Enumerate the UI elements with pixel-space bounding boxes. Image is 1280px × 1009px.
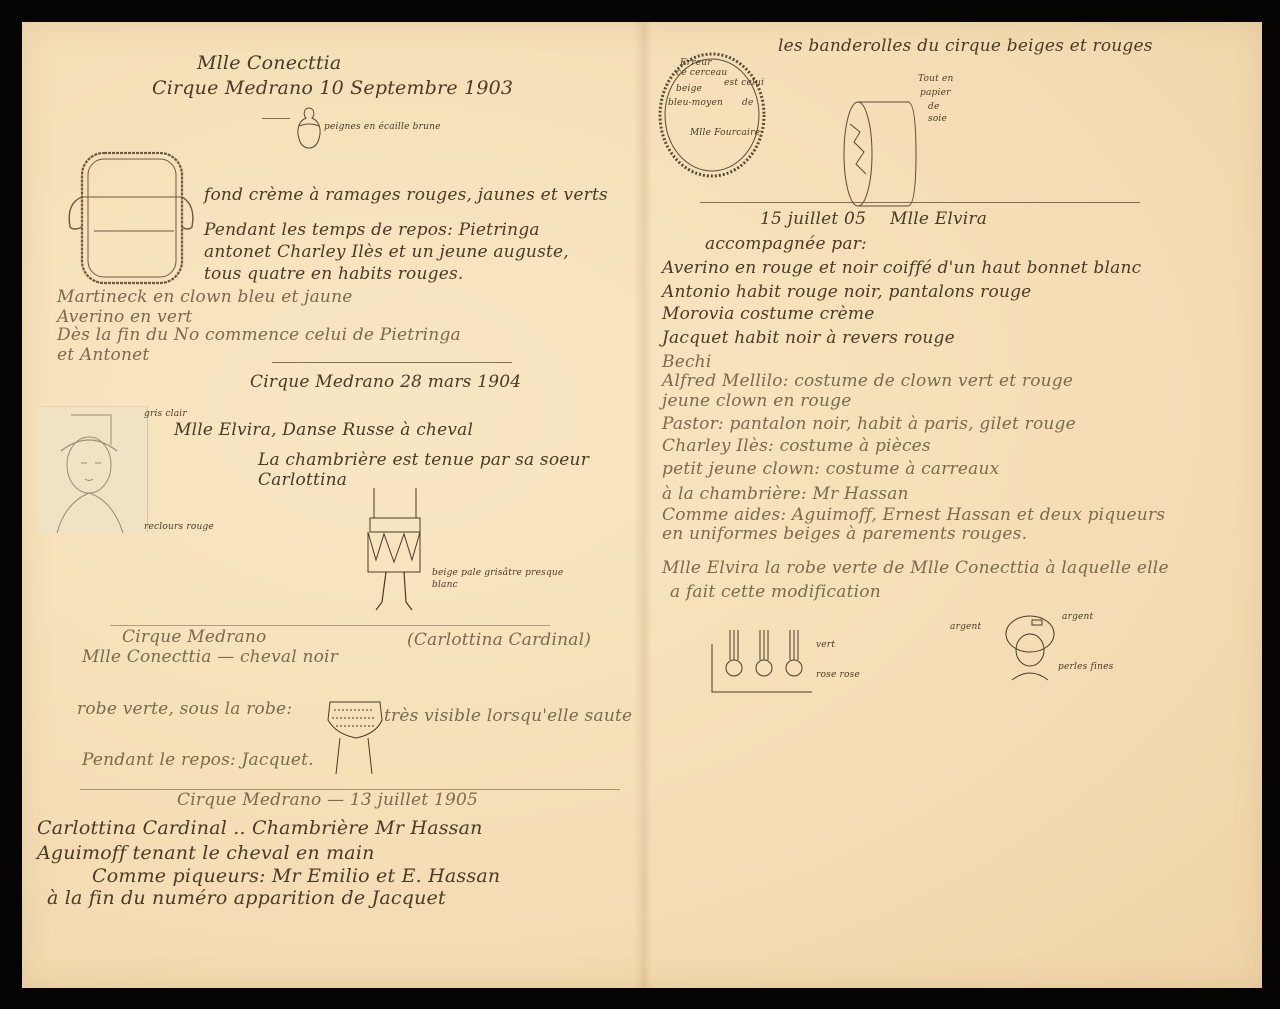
portrait-label-top: gris clair bbox=[144, 409, 187, 419]
text-line: Pendant le repos: Jacquet. bbox=[82, 750, 314, 770]
text-line: à la chambrière: Mr Hassan bbox=[662, 484, 909, 504]
hoop-label: Mlle Fourcaire bbox=[690, 128, 760, 138]
short-rule bbox=[262, 118, 290, 119]
text-line: Morovia costume crème bbox=[662, 304, 875, 324]
left-page: Mlle Conecttia Cirque Medrano 10 Septemb… bbox=[22, 22, 637, 988]
drum-label: de bbox=[928, 102, 940, 112]
text-line: robe verte, sous la robe: bbox=[77, 699, 292, 719]
text-line: Carlottina Cardinal .. Chambrière Mr Has… bbox=[37, 817, 483, 839]
hoop-label: bleu-moyen bbox=[668, 98, 723, 108]
text-line: Pendant les temps de repos: Pietringa bbox=[204, 220, 540, 240]
right-page: les banderolles du cirque beiges et roug… bbox=[650, 22, 1262, 988]
section2-heading: Mlle Elvira, Danse Russe à cheval bbox=[174, 420, 473, 440]
text-line: et Antonet bbox=[57, 345, 149, 365]
pot-sketch-icon bbox=[64, 145, 199, 290]
head-sketch-icon bbox=[1000, 612, 1060, 682]
text-line: à la fin du numéro apparition de Jacquet bbox=[47, 887, 446, 909]
text-line: Charley Ilès: costume à pièces bbox=[662, 436, 931, 456]
text-line: Averino en vert bbox=[57, 307, 192, 327]
garment-label: très visible lorsqu'elle saute bbox=[384, 706, 632, 726]
section3-title: Cirque Medrano bbox=[122, 627, 266, 647]
text-line: Dès la fin du No commence celui de Pietr… bbox=[57, 325, 461, 345]
text-line: Pastor: pantalon noir, habit à paris, gi… bbox=[662, 414, 1076, 434]
section-name: Mlle Elvira bbox=[890, 209, 987, 229]
pot-label: fond crème à ramages rouges, jaunes et v… bbox=[204, 185, 608, 205]
text-line: Carlottina bbox=[258, 470, 347, 490]
text-line: en uniformes beiges à parements rouges. bbox=[662, 524, 1027, 544]
skirt-label-1: beige pale grisâtre presque bbox=[432, 568, 563, 578]
section-intro: accompagnée par: bbox=[705, 234, 867, 254]
comb-label: peignes en écaille brune bbox=[324, 122, 441, 132]
head-label: perles fines bbox=[1058, 662, 1113, 672]
text-line: jeune clown en rouge bbox=[662, 391, 851, 411]
skirt-label-2: blanc bbox=[432, 580, 458, 590]
section1-title: Mlle Conecttia bbox=[197, 52, 341, 74]
drum-label: Tout en bbox=[918, 74, 954, 84]
section3-aside: (Carlottina Cardinal) bbox=[407, 630, 591, 650]
text-line: Bechi bbox=[662, 352, 711, 372]
underskirt-sketch-icon bbox=[324, 698, 386, 776]
text-line: antonet Charley Ilès et un jeune auguste… bbox=[204, 242, 569, 262]
section-date: 15 juillet 05 bbox=[760, 209, 866, 229]
text-line: Comme piqueurs: Mr Emilio et E. Hassan bbox=[92, 865, 500, 887]
hoop-label: est celui bbox=[724, 78, 764, 88]
flowers-label: rose rose bbox=[816, 670, 860, 680]
drum-label: papier bbox=[920, 88, 951, 98]
hoop-label: de bbox=[742, 98, 754, 108]
text-line: Comme aides: Aguimoff, Ernest Hassan et … bbox=[662, 505, 1165, 525]
text-line: petit jeune clown: costume à carreaux bbox=[662, 459, 999, 479]
text-line: Martineck en clown bleu et jaune bbox=[57, 287, 352, 307]
text-line: Aguimoff tenant le cheval en main bbox=[37, 842, 375, 864]
notebook-spread: Mlle Conecttia Cirque Medrano 10 Septemb… bbox=[22, 22, 1262, 988]
text-line: a fait cette modification bbox=[670, 582, 881, 602]
text-line: Jacquet habit noir à revers rouge bbox=[662, 328, 955, 348]
text-line: Mlle Elvira la robe verte de Mlle Conect… bbox=[662, 558, 1169, 578]
flowers-sketch-icon bbox=[706, 626, 816, 694]
hoop-label: Erreur bbox=[680, 58, 712, 68]
section2-title: Cirque Medrano 28 mars 1904 bbox=[250, 372, 521, 392]
section-divider bbox=[272, 362, 512, 363]
portrait-sketch-icon bbox=[37, 406, 148, 533]
section1-subtitle: Cirque Medrano 10 Septembre 1903 bbox=[152, 77, 513, 99]
head-label: argent bbox=[950, 622, 981, 632]
hoop-label: beige bbox=[676, 84, 702, 94]
head-label: argent bbox=[1062, 612, 1093, 622]
text-line: Averino en rouge et noir coiffé d'un hau… bbox=[662, 258, 1141, 278]
skirt-sketch-icon bbox=[360, 488, 430, 616]
drum-label: soie bbox=[928, 114, 947, 124]
portrait-label-bottom: reclours rouge bbox=[144, 522, 214, 532]
text-line: Antonio habit rouge noir, pantalons roug… bbox=[662, 282, 1031, 302]
flowers-label: vert bbox=[816, 640, 835, 650]
text-line: tous quatre en habits rouges. bbox=[204, 264, 464, 284]
text-line: La chambrière est tenue par sa soeur bbox=[258, 450, 589, 470]
text-line: Mlle Conecttia — cheval noir bbox=[82, 647, 338, 667]
comb-sketch-icon bbox=[294, 106, 324, 150]
text-line: Alfred Mellilo: costume de clown vert et… bbox=[662, 371, 1073, 391]
right-page-header: les banderolles du cirque beiges et roug… bbox=[778, 36, 1153, 56]
hoop-label: ce cerceau bbox=[676, 68, 727, 78]
section4-title: Cirque Medrano — 13 juillet 1905 bbox=[177, 790, 478, 810]
section-divider bbox=[700, 202, 1140, 203]
drum-sketch-icon bbox=[840, 94, 920, 214]
